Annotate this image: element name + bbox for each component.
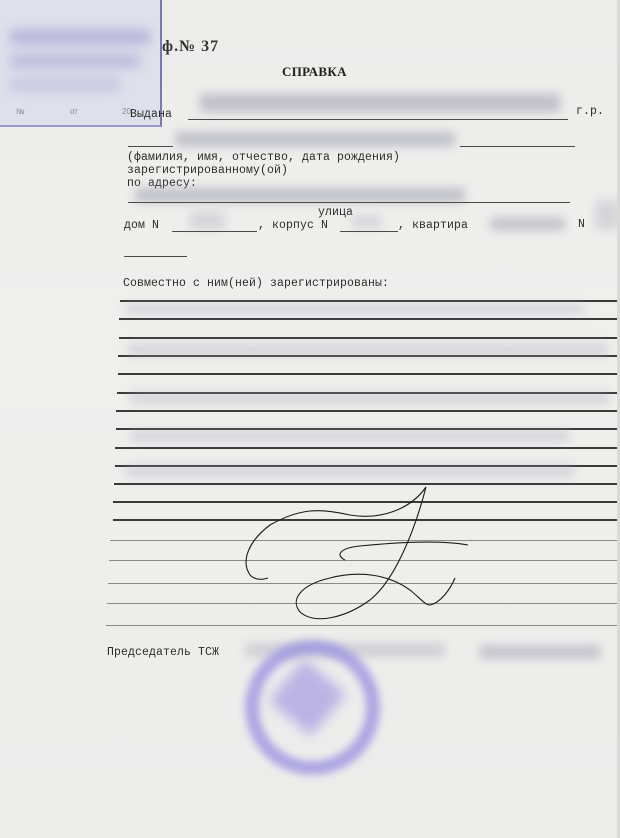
address-underline — [128, 202, 570, 203]
redacted-chairman-name — [480, 646, 600, 658]
issued-to-label: Выдана — [130, 108, 172, 121]
registered-label: зарегистрированному(ой) — [127, 164, 288, 177]
house-label: дом N — [124, 219, 159, 232]
chairman-label: Председатель ТСЖ — [107, 646, 219, 659]
redacted-co-registered-row — [128, 343, 608, 357]
redacted-co-registered-row — [125, 465, 575, 477]
building-underline — [340, 231, 398, 232]
apartment-label: , квартира — [398, 219, 468, 232]
document-page: № от 20 ф.№ 37 СПРАВКА Выдана г.р. (фами… — [0, 0, 620, 838]
redacted-building-number — [352, 216, 382, 228]
ruled-line — [108, 583, 620, 584]
underline — [460, 146, 575, 147]
redacted-co-registered-row — [125, 304, 585, 314]
stamp-number-label: № — [16, 107, 25, 116]
ruled-line — [118, 373, 620, 375]
redacted-co-registered-row — [130, 430, 570, 442]
fio-caption: (фамилия, имя, отчество, дата рождения) — [127, 151, 400, 164]
ruled-line — [113, 519, 620, 521]
ruled-line — [116, 410, 620, 412]
ruled-line — [119, 337, 620, 339]
number-label: N — [578, 218, 585, 231]
document-title: СПРАВКА — [282, 64, 347, 80]
building-label: , корпус N — [258, 219, 328, 232]
house-underline — [172, 231, 257, 232]
ruled-line — [107, 603, 620, 604]
co-registered-label: Совместно с ним(ней) зарегистрированы: — [123, 277, 389, 290]
redacted-stamp-text — [10, 55, 140, 67]
underline — [124, 256, 187, 257]
street-caption: улица — [318, 206, 353, 219]
redacted-apartment — [490, 218, 565, 230]
ruled-line — [110, 540, 620, 541]
redacted-co-registered-row — [130, 392, 610, 404]
redacted-stamp-text — [10, 80, 120, 90]
ruled-line — [119, 318, 620, 320]
ruled-line — [114, 483, 620, 485]
redacted-address — [135, 188, 465, 202]
redacted-stamp-text — [10, 30, 150, 44]
form-number: ф.№ 37 — [162, 38, 219, 56]
name-underline — [188, 119, 568, 120]
ruled-line — [120, 300, 620, 302]
redacted-name — [200, 94, 560, 112]
ruled-line — [115, 447, 620, 449]
redacted-birth-date — [175, 132, 455, 146]
ruled-line — [106, 625, 620, 626]
birth-year-label: г.р. — [576, 105, 604, 118]
ruled-line — [113, 501, 620, 503]
underline — [128, 146, 173, 147]
ruled-line — [109, 560, 620, 561]
stamp-date-label: от — [70, 107, 78, 116]
redacted-house-number — [190, 212, 225, 230]
